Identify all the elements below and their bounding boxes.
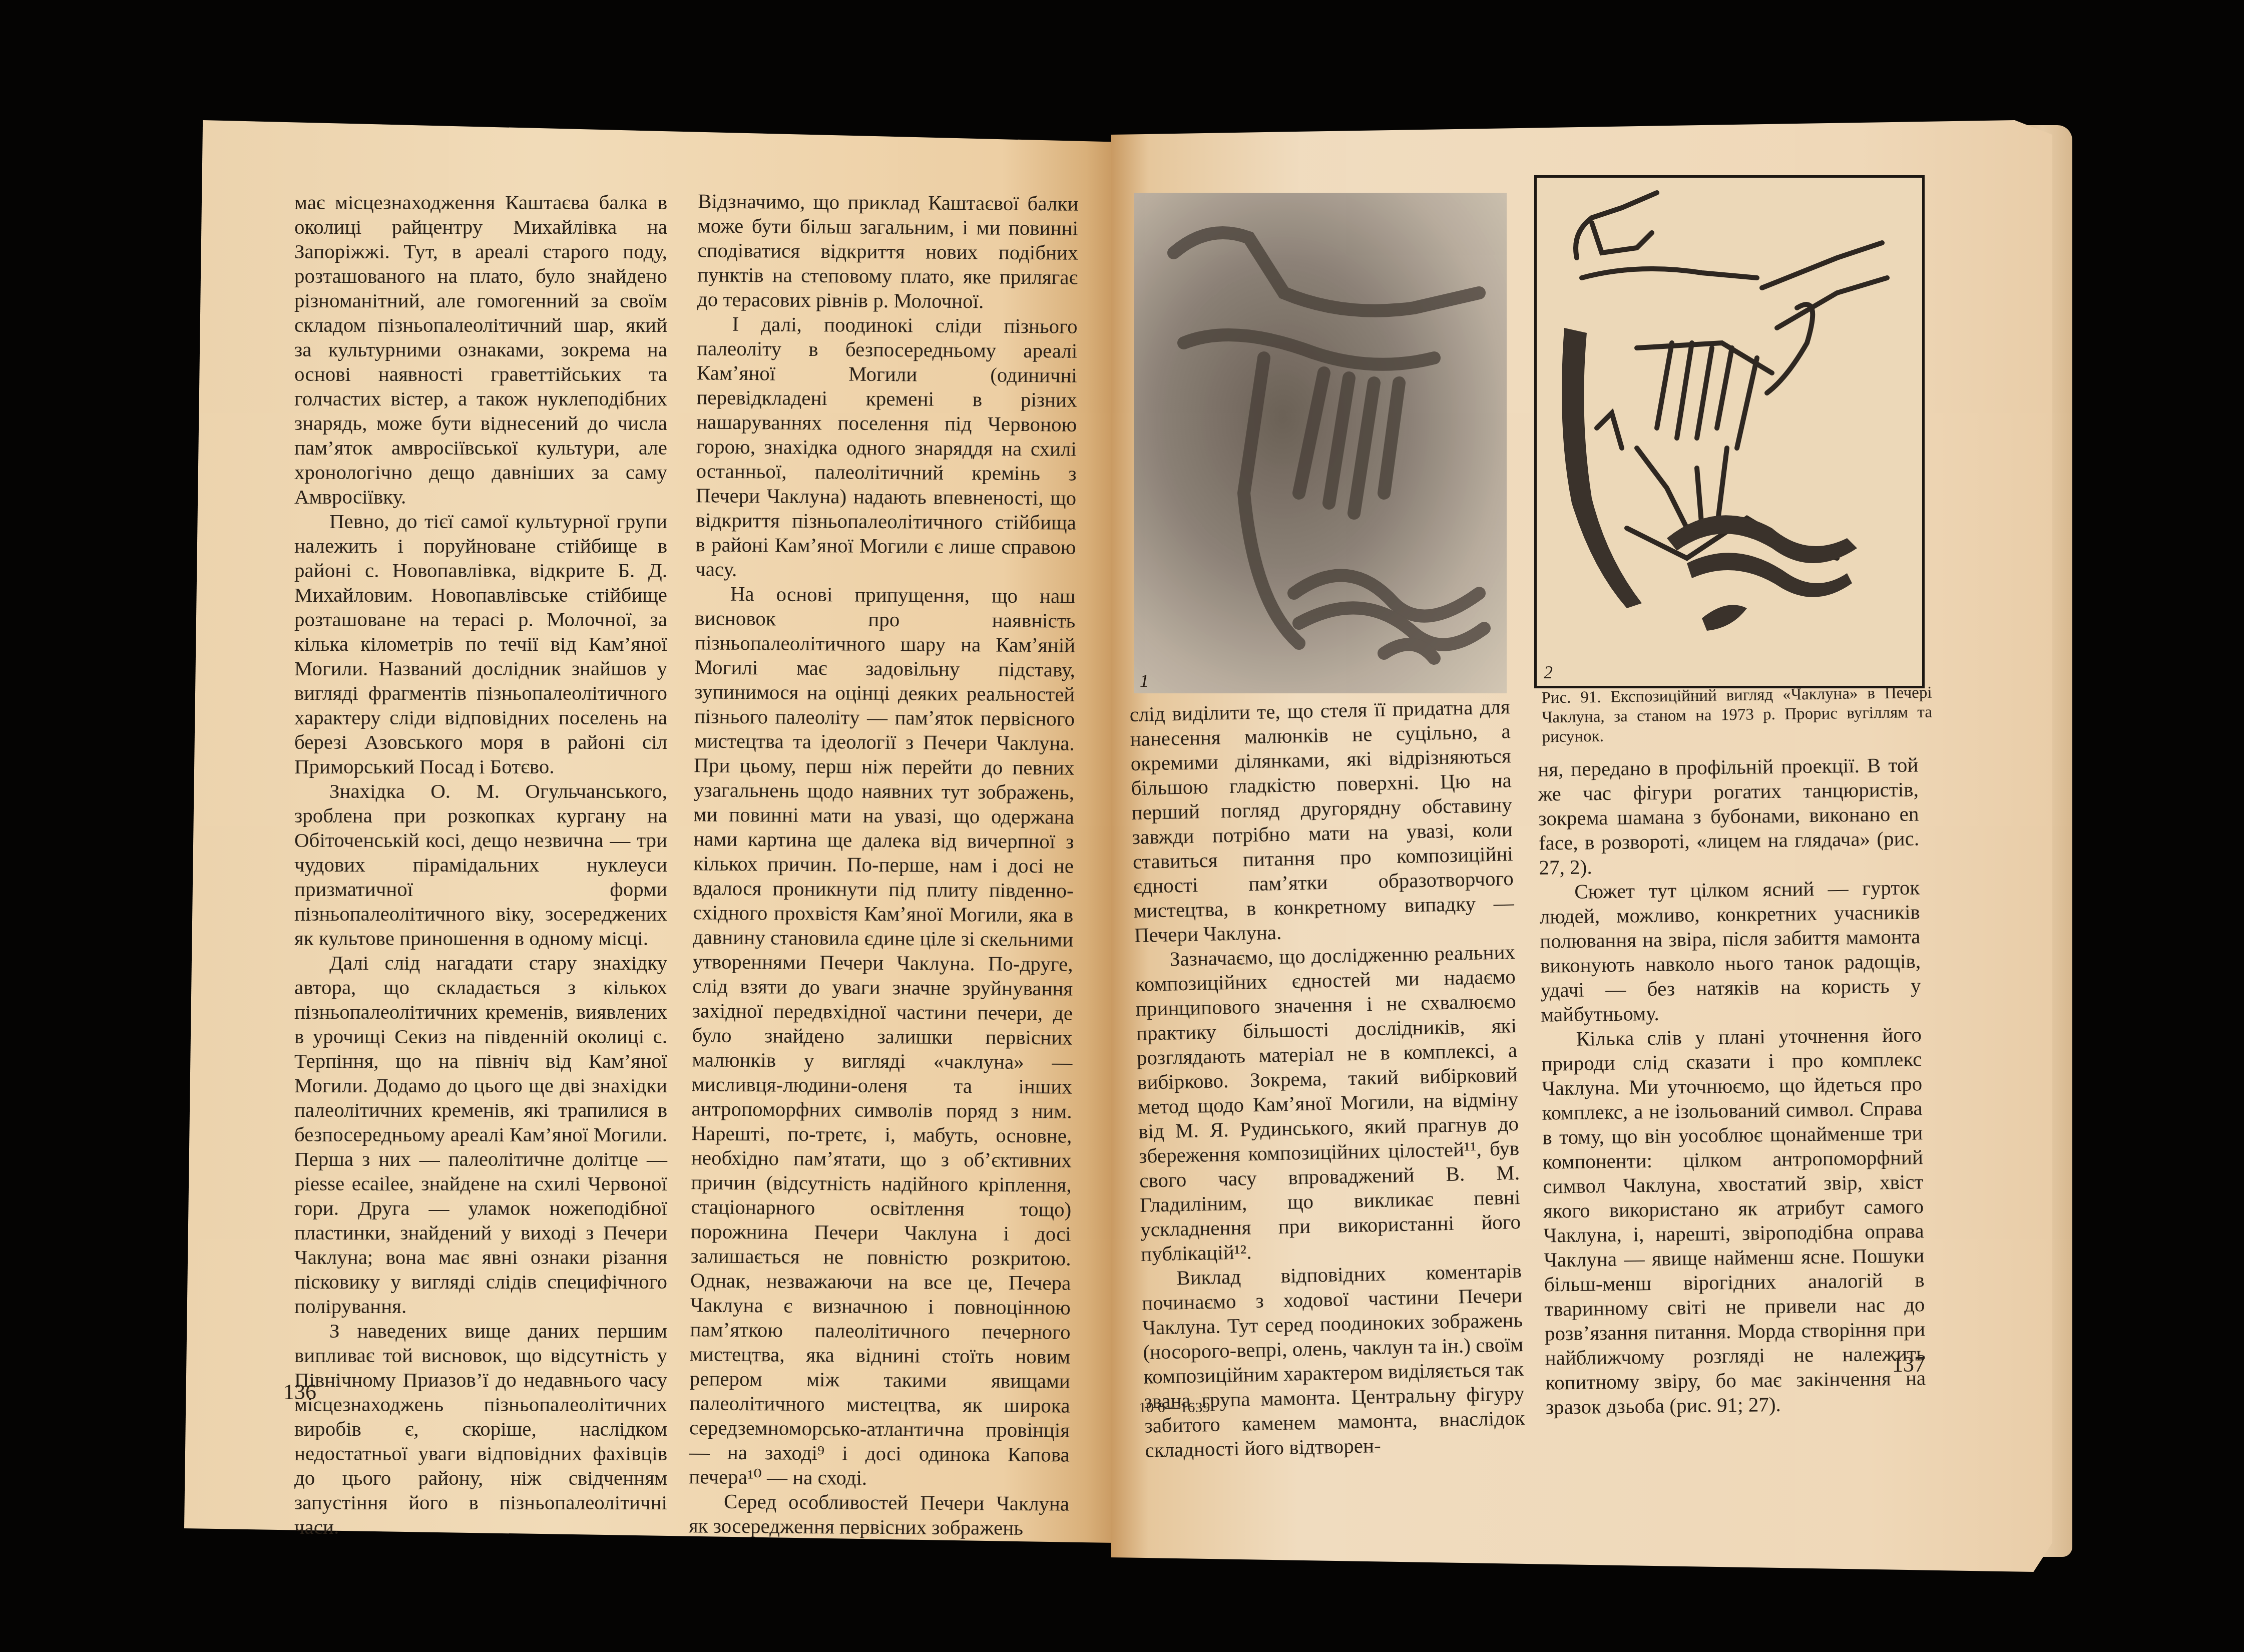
paragraph: Певно, до тієї самої культурної групи на… [294,509,667,779]
open-book-spread: має місцезнаходження Каштаєва балка в ок… [0,0,2244,1652]
left-page-column-2: Відзначимо, що приклад Каштаєвої балки м… [689,189,1079,1540]
paragraph: слід виділити те, що стеля її придатна д… [1129,694,1515,948]
paragraph: Кілька слів у плані уточнення його приро… [1541,1022,1927,1419]
panel-label-1: 1 [1140,670,1149,691]
paragraph: Знахідка О. М. Огульчанського, зроблена … [294,779,667,951]
chaklun-tracing-icon [1537,178,1922,686]
paragraph: Далі слід нагадати стару знахідку автора… [294,951,667,1319]
paragraph: Серед особливостей Печери Чаклуна як зос… [689,1489,1070,1540]
left-page-column-1: має місцезнаходження Каштаєва балка в ок… [294,190,667,1539]
paragraph: Виклад відповідних коментарів починаємо … [1141,1259,1526,1463]
paragraph: має місцезнаходження Каштаєва балка в ок… [294,190,667,509]
panel-label-2: 2 [1544,662,1553,683]
paragraph: На основі припущення, що наш висновок пр… [689,581,1076,1491]
page-number-left: 136 [283,1379,316,1405]
paragraph: З наведених вище даних першим випливає т… [294,1319,667,1539]
paragraph: ня, передано в профільній проекції. В то… [1538,752,1920,880]
figure-91-photo: 1 [1134,193,1507,693]
right-page-column-2: ня, передано в профільній проекції. В то… [1538,752,1926,1419]
paragraph: Зазначаємо, що дослідженню реальних комп… [1134,940,1521,1267]
figure-91-drawing: 2 [1534,175,1925,688]
paragraph: І далі, поодинокі сліди пізнього палеолі… [695,311,1078,584]
figure-caption: Рис. 91. Експозиційний вигляд «Чаклуна» … [1541,683,1933,747]
paragraph: Відзначимо, що приклад Каштаєвої балки м… [697,189,1079,314]
right-page-column-1: слід виділити те, що стеля її придатна д… [1129,694,1526,1463]
page-number-right: 137 [1892,1352,1925,1377]
cave-drawing-photo-icon [1134,193,1507,693]
printer-signature-mark: 10 6—1639 [1139,1399,1210,1416]
paragraph: Сюжет тут цілком ясний — гурток людей, м… [1539,875,1922,1027]
